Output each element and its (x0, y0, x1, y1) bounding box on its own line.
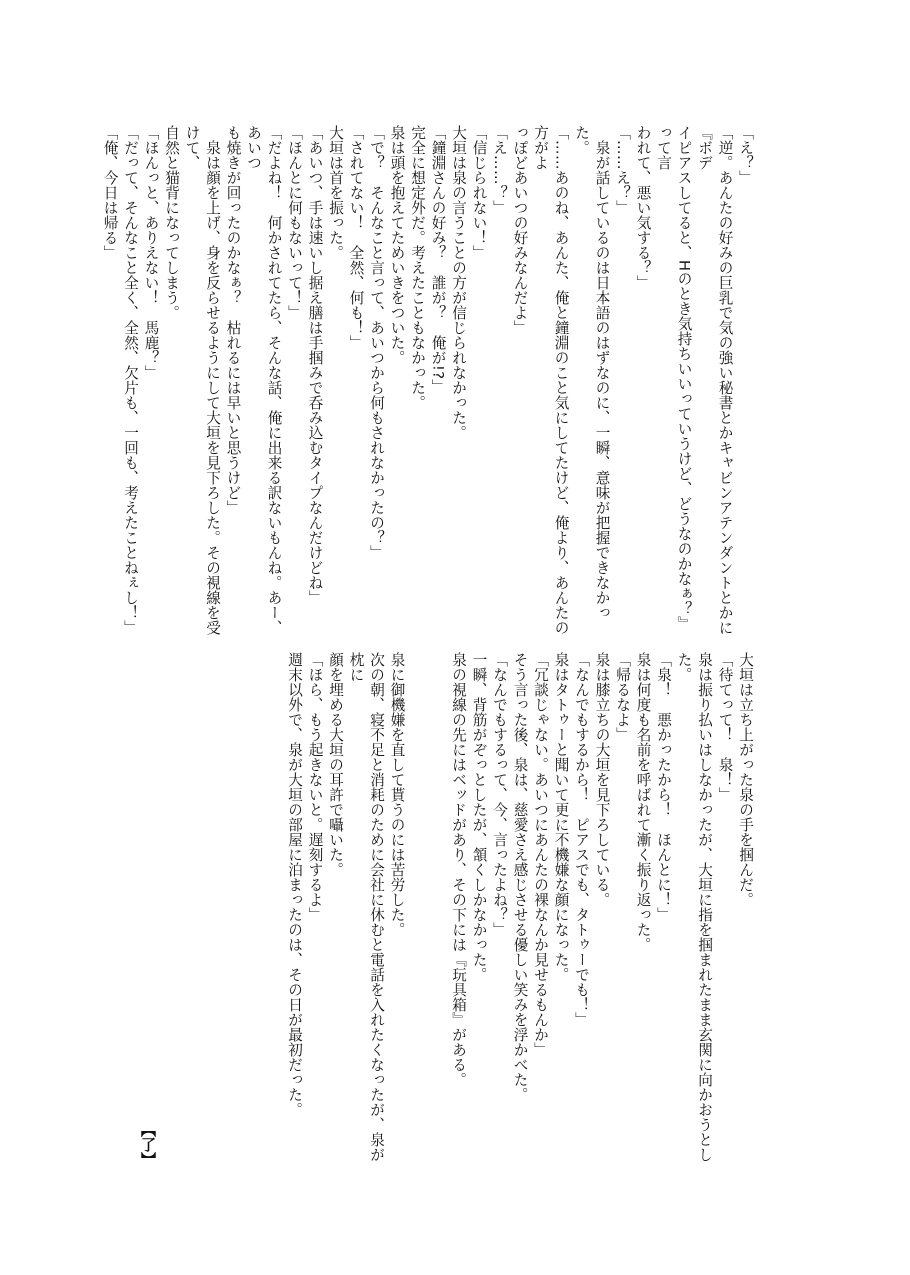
text-line: 「帰るなよ」 (612, 652, 633, 1162)
end-mark: 【了】 (138, 1122, 159, 1167)
text-line: 「あいつ、手は速いし据え膳は手掴みで呑み込むタイプなんだけどね」 (304, 125, 325, 645)
text-line: 「なんでもするから！ ピアスでも、タトゥーでも！」 (571, 652, 592, 1162)
text-line: 「え……？」 (489, 125, 510, 645)
text-line: 完全に想定外だ。考えたこともなかった。 (407, 125, 428, 645)
text-line: 泉は振り払いはしなかったが、大垣に指を掴まれたまま玄関に向かおうとした。 (673, 652, 714, 1162)
text-line: 「信じられない！」 (468, 125, 489, 645)
text-line: 「ほら、もう起きないと。遅刻するよ」 (304, 652, 325, 1162)
upper-text-block: 「え？」「逆。あんたの好みの巨乳で気の強い秘書とかキャビンアテンダントとかに『ボ… (155, 125, 755, 645)
text-line: 泉は膝立ちの大垣を見下ろしている。 (591, 652, 612, 1162)
text-line: 「逆。あんたの好みの巨乳で気の強い秘書とかキャビンアテンダントとかに『ボデ (694, 125, 735, 645)
text-line: 「泉！ 悪かったから！ ほんとに！」 (653, 652, 674, 1162)
text-line: 「……あのね、あんた、俺と鐘淵のこと気にしてたけど、俺より、あんたの方がよ (530, 125, 571, 645)
text-line: 「で？ そんなこと言って、あいつから何もされなかったの？」 (366, 125, 387, 645)
text-line: 大垣は首を振った。 (325, 125, 346, 645)
text-line: 「待てって！ 泉！」 (714, 652, 735, 1162)
text-line: 泉に御機嫌を直して貰うのには苦労した。 (386, 652, 407, 1162)
text-line (427, 652, 448, 1162)
text-line: イピアスしてると、Hのとき気持ちいいっていうけど、どうなのかなぁ？』って言 (653, 125, 694, 645)
text-line: 「されてない！ 全然、何も！」 (345, 125, 366, 645)
text-line: 「……え？」 (612, 125, 633, 645)
text-line: 泉が話しているのは日本語のはずなのに、一瞬、意味が把握できなかった。 (571, 125, 612, 645)
text-line: っぽどあいつの好みなんだよ」 (509, 125, 530, 645)
text-line: 「ほんっと、ありえない！ 馬鹿？」 (140, 125, 161, 645)
text-line: 「だよね！ 何かされてたら、そんな話、俺に出来る訳ないもんね。あー、あいつ (243, 125, 284, 645)
text-line: 次の朝、寝不足と消耗のために会社に休むと電話を入れたくなったが、泉が枕に (345, 652, 386, 1162)
text-line: 「だって、そんなこと全く、全然、欠片も、一回も、考えたことねぇし！」 (120, 125, 141, 645)
text-line: も焼きが回ったのかなぁ？ 枯れるには早いと思うけど」 (222, 125, 243, 645)
text-line: 「鐘淵さんの好み？ 誰が？ 俺が!?」 (427, 125, 448, 645)
text-line: 「え？」 (735, 125, 756, 645)
text-line: そう言った後、泉は、慈愛さえ感じさせる優しい笑みを浮かべた。 (509, 652, 530, 1162)
text-line: われて、悪い気する？」 (632, 125, 653, 645)
text-line: 泉は頭を抱えてためいきをついた。 (386, 125, 407, 645)
text-line: 「ほんとに何もないって！」 (284, 125, 305, 645)
text-line: 「冗談じゃない。あいつにあんたの裸なんか見せるもんか」 (530, 652, 551, 1162)
text-line: 泉の視線の先にはベッドがあり、その下には『玩具箱』がある。 (448, 652, 469, 1162)
text-line: 泉は何度も名前を呼ばれて漸く振り返った。 (632, 652, 653, 1162)
text-line: 週末以外で、泉が大垣の部屋に泊まったのは、その日が最初だった。 (284, 652, 305, 1162)
text-line: 「なんでもするって、今、言ったよね？」 (489, 652, 510, 1162)
text-line: 大垣は立ち上がった泉の手を掴んだ。 (735, 652, 756, 1162)
text-line: 自然と猫背になってしまう。 (161, 125, 182, 645)
document-page: 「え？」「逆。あんたの好みの巨乳で気の強い秘書とかキャビンアテンダントとかに『ボ… (0, 0, 910, 1275)
text-line (407, 652, 428, 1162)
text-line: 泉はタトゥーと聞いて更に不機嫌な顔になった。 (550, 652, 571, 1162)
text-line: 大垣は泉の言うことの方が信じられなかった。 (448, 125, 469, 645)
lower-text-block: 大垣は立ち上がった泉の手を掴んだ。「待てって！ 泉！」泉は振り払いはしなかったが… (155, 652, 755, 1162)
text-line: 泉は顔を上げ、身を反らせるようにして大垣を見下ろした。その視線を受けて、 (181, 125, 222, 645)
text-line: 一瞬、背筋がぞっとしたが、頷くしかなかった。 (468, 652, 489, 1162)
text-line: 顔を埋める大垣の耳許で囁いた。 (325, 652, 346, 1162)
text-line: 「俺、今日は帰る」 (99, 125, 120, 645)
